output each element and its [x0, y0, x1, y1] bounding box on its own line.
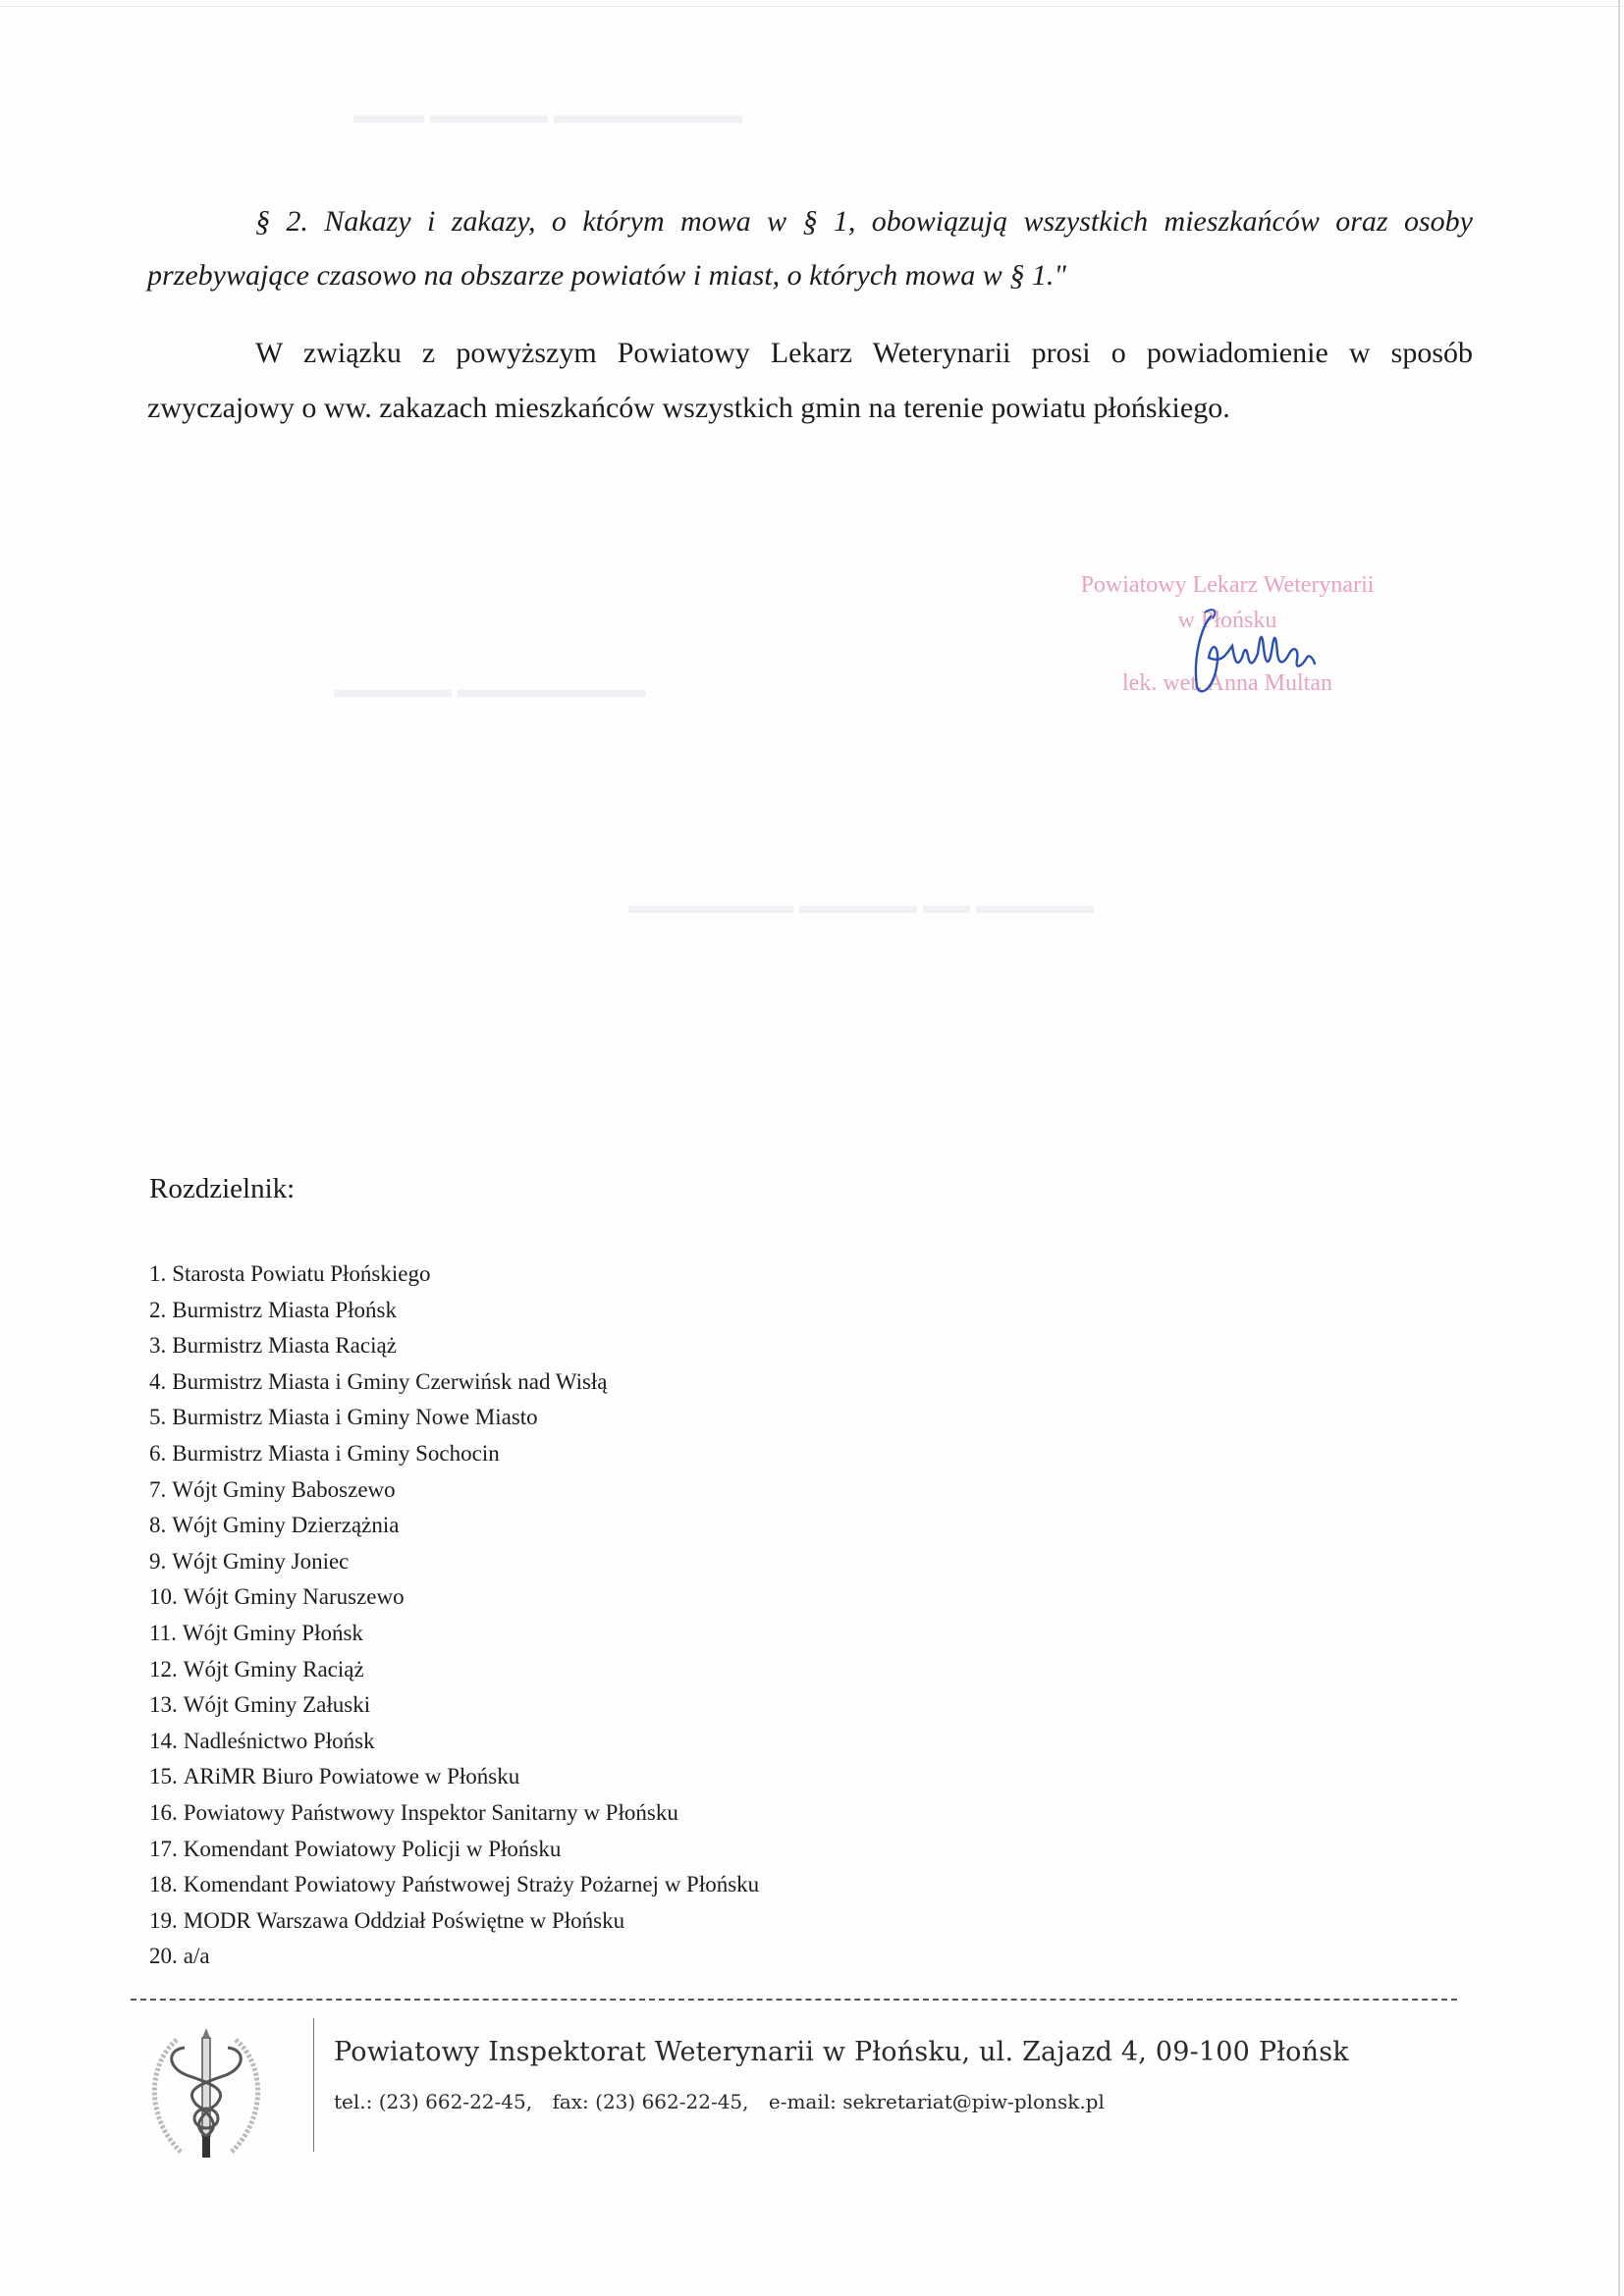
- item-text: Wójt Gminy Baboszewo: [172, 1477, 395, 1502]
- item-number: 8.: [149, 1508, 166, 1544]
- paragraph-line: § 2. Nakazy i zakazy, o którym mowa w § …: [147, 194, 1473, 248]
- bleed-through-text: ▬▬▬ ▬▬▬▬▬ ▬▬▬▬▬▬▬▬: [353, 103, 742, 130]
- item-number: 10.: [149, 1579, 178, 1616]
- request-paragraph: W związku z powyższym Powiatowy Lekarz W…: [147, 326, 1473, 436]
- distribution-title: Rozdzielnik:: [149, 1173, 295, 1205]
- distribution-item: 3.Burmistrz Miasta Raciąż: [149, 1328, 759, 1364]
- distribution-item: 1.Starosta Powiatu Płońskiego: [149, 1256, 759, 1293]
- distribution-item: 16.Powiatowy Państwowy Inspektor Sanitar…: [149, 1795, 759, 1832]
- fax-number: fax: (23) 662-22-45,: [552, 2090, 748, 2113]
- footer-divider: [131, 1999, 1457, 2001]
- distribution-item: 6.Burmistrz Miasta i Gminy Sochocin: [149, 1436, 759, 1472]
- footer-separator: [313, 2018, 314, 2152]
- item-text: ARiMR Biuro Powiatowe w Płońsku: [184, 1764, 519, 1789]
- distribution-item: 7.Wójt Gminy Baboszewo: [149, 1472, 759, 1509]
- item-number: 14.: [149, 1724, 178, 1760]
- distribution-item: 19.MODR Warszawa Oddział Poświętne w Pło…: [149, 1903, 759, 1940]
- item-number: 2.: [149, 1293, 166, 1329]
- distribution-item: 8.Wójt Gminy Dzierzążnia: [149, 1508, 759, 1544]
- email-address[interactable]: e-mail: sekretariat@piw-plonsk.pl: [769, 2090, 1105, 2113]
- paragraph-section-2: § 2. Nakazy i zakazy, o którym mowa w § …: [147, 194, 1473, 302]
- distribution-item: 18.Komendant Powiatowy Państwowej Straży…: [149, 1867, 759, 1903]
- distribution-item: 9.Wójt Gminy Joniec: [149, 1544, 759, 1580]
- caduceus-sword-wreath-icon: [137, 2020, 275, 2167]
- institution-contact: tel.: (23) 662-22-45, fax: (23) 662-22-4…: [334, 2090, 1118, 2113]
- distribution-list: 1.Starosta Powiatu Płońskiego2.Burmistrz…: [149, 1256, 759, 1975]
- institution-address: Powiatowy Inspektorat Weterynarii w Płoń…: [334, 2037, 1349, 2067]
- scan-edge-top: [0, 6, 1624, 7]
- item-text: Wójt Gminy Naruszewo: [184, 1584, 405, 1609]
- item-number: 11.: [149, 1616, 177, 1652]
- item-text: MODR Warszawa Oddział Poświętne w Płońsk…: [184, 1908, 624, 1933]
- item-number: 3.: [149, 1328, 166, 1364]
- item-text: Komendant Powiatowy Państwowej Straży Po…: [184, 1872, 759, 1896]
- distribution-item: 2.Burmistrz Miasta Płońsk: [149, 1293, 759, 1329]
- item-text: Burmistrz Miasta i Gminy Nowe Miasto: [172, 1405, 537, 1429]
- distribution-item: 20.a/a: [149, 1939, 759, 1975]
- signature-icon: [1183, 599, 1321, 707]
- distribution-item: 15.ARiMR Biuro Powiatowe w Płońsku: [149, 1759, 759, 1795]
- item-number: 7.: [149, 1472, 166, 1509]
- distribution-item: 10.Wójt Gminy Naruszewo: [149, 1579, 759, 1616]
- item-number: 1.: [149, 1256, 166, 1293]
- item-number: 5.: [149, 1400, 166, 1436]
- item-text: Wójt Gminy Załuski: [184, 1692, 370, 1717]
- item-text: Burmistrz Miasta Raciąż: [172, 1333, 397, 1358]
- phone-number: tel.: (23) 662-22-45,: [334, 2090, 532, 2113]
- item-number: 9.: [149, 1544, 166, 1580]
- item-text: Nadleśnictwo Płońsk: [184, 1729, 375, 1753]
- paragraph-line: W związku z powyższym Powiatowy Lekarz W…: [147, 326, 1473, 381]
- item-text: Wójt Gminy Dzierzążnia: [172, 1513, 399, 1537]
- item-number: 16.: [149, 1795, 178, 1832]
- item-text: Starosta Powiatu Płońskiego: [172, 1261, 430, 1286]
- item-text: Wójt Gminy Joniec: [172, 1549, 349, 1574]
- distribution-item: 14.Nadleśnictwo Płońsk: [149, 1724, 759, 1760]
- distribution-item: 13.Wójt Gminy Załuski: [149, 1687, 759, 1724]
- distribution-item: 4.Burmistrz Miasta i Gminy Czerwińsk nad…: [149, 1364, 759, 1401]
- distribution-item: 11.Wójt Gminy Płońsk: [149, 1616, 759, 1652]
- item-text: Burmistrz Miasta i Gminy Czerwińsk nad W…: [172, 1369, 607, 1394]
- distribution-item: 5.Burmistrz Miasta i Gminy Nowe Miasto: [149, 1400, 759, 1436]
- item-number: 20.: [149, 1939, 178, 1975]
- item-number: 19.: [149, 1903, 178, 1940]
- item-text: a/a: [184, 1944, 210, 1968]
- document-page: ▬▬▬ ▬▬▬▬▬ ▬▬▬▬▬▬▬▬ ▬▬▬▬▬ ▬▬▬▬▬▬▬▬ ▬▬▬▬▬▬…: [0, 0, 1624, 2296]
- item-text: Powiatowy Państwowy Inspektor Sanitarny …: [184, 1800, 678, 1825]
- item-text: Burmistrz Miasta Płońsk: [172, 1298, 397, 1322]
- item-number: 18.: [149, 1867, 178, 1903]
- stamp-title: Powiatowy Lekarz Weterynarii: [1021, 567, 1434, 603]
- paragraph-line: zwyczajowy o ww. zakazach mieszkańców ws…: [147, 381, 1473, 436]
- item-number: 12.: [149, 1652, 178, 1688]
- distribution-item: 12.Wójt Gminy Raciąż: [149, 1652, 759, 1688]
- item-number: 15.: [149, 1759, 178, 1795]
- item-number: 4.: [149, 1364, 166, 1401]
- bleed-through-text: ▬▬▬▬▬ ▬▬▬▬▬▬▬▬: [334, 677, 646, 704]
- item-text: Komendant Powiatowy Policji w Płońsku: [184, 1837, 562, 1861]
- item-text: Wójt Gminy Płońsk: [183, 1621, 363, 1645]
- scan-edge-right: [1618, 0, 1620, 2296]
- item-number: 13.: [149, 1687, 178, 1724]
- item-text: Wójt Gminy Raciąż: [184, 1657, 364, 1682]
- distribution-item: 17.Komendant Powiatowy Policji w Płońsku: [149, 1832, 759, 1868]
- item-number: 17.: [149, 1832, 178, 1868]
- item-text: Burmistrz Miasta i Gminy Sochocin: [172, 1441, 499, 1466]
- item-number: 6.: [149, 1436, 166, 1472]
- bleed-through-text: ▬▬▬▬▬▬▬ ▬▬▬▬▬ ▬▬ ▬▬▬▬▬: [628, 893, 1094, 920]
- paragraph-line: przebywające czasowo na obszarze powiató…: [147, 248, 1473, 302]
